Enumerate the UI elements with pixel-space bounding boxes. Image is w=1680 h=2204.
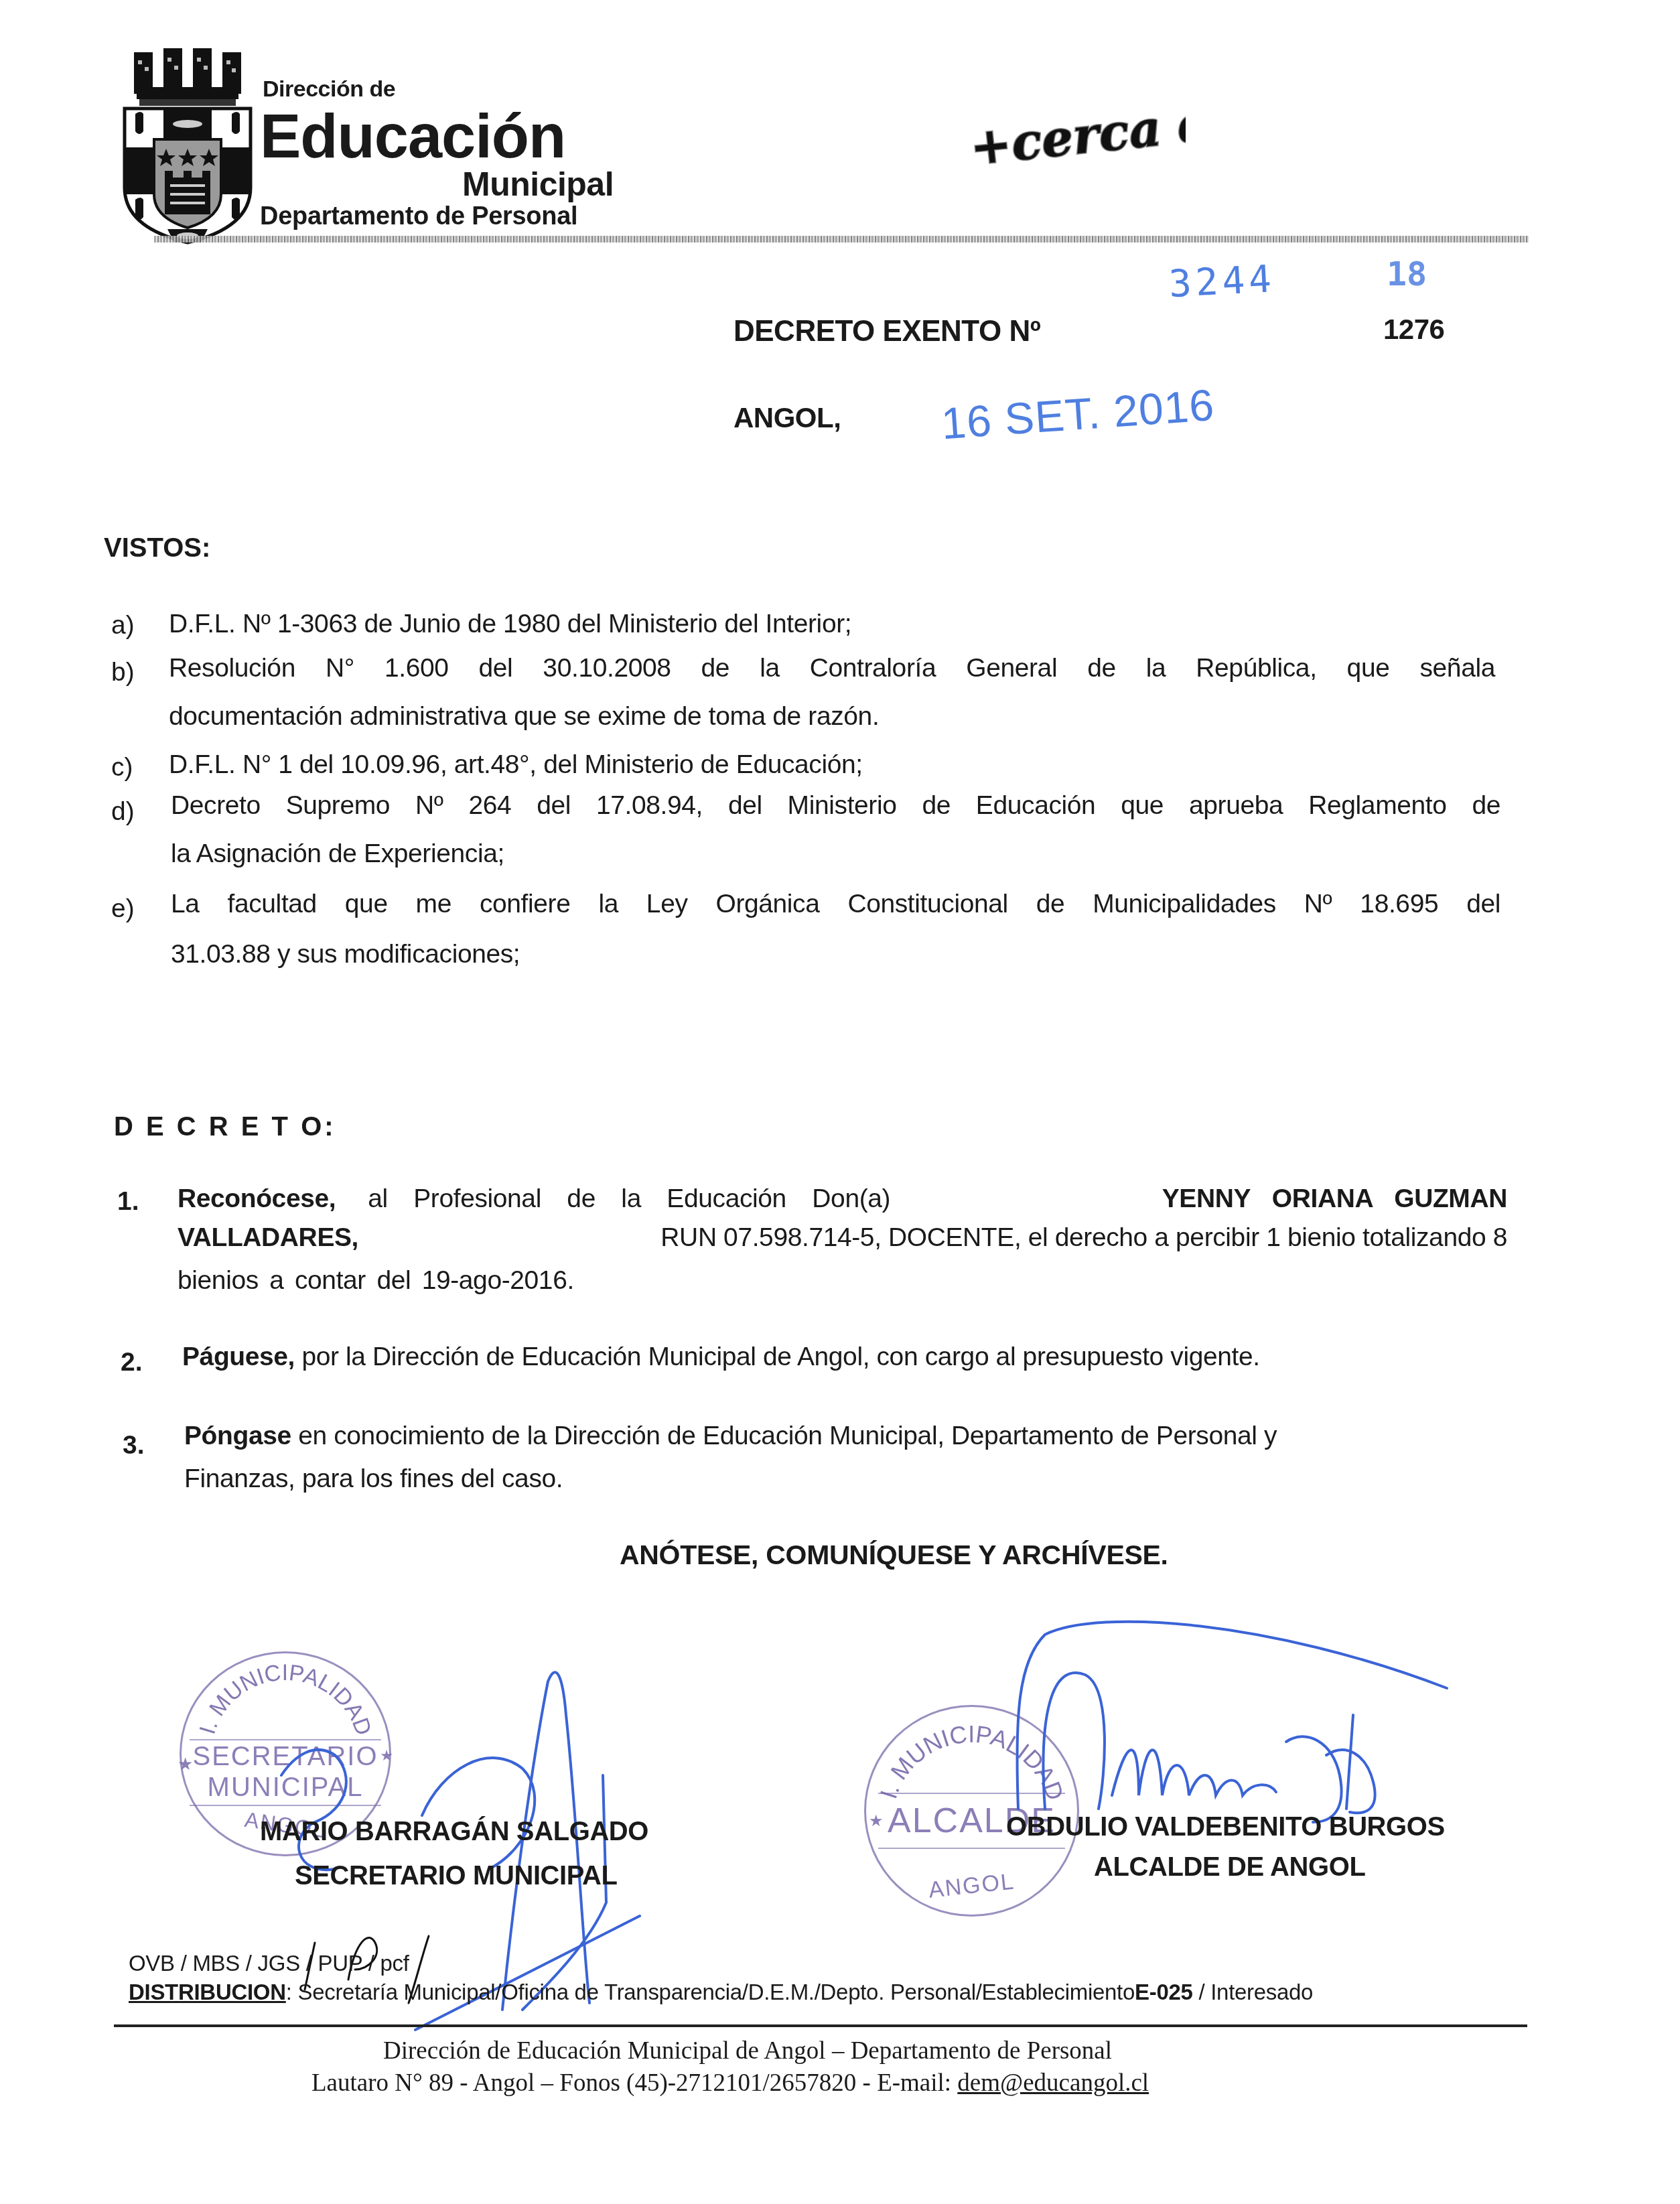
vistos-item-d-cont: la Asignación de Experiencia; <box>171 841 504 867</box>
date-stamp: 16 SET. 2016 <box>940 379 1216 449</box>
establishment-code: E-025 <box>1135 1980 1193 2004</box>
decreto-item-1-lead: Reconócese, <box>178 1186 336 1212</box>
vistos-item-label: a) <box>111 611 135 640</box>
coat-of-arms-icon <box>121 47 255 245</box>
place-label: ANGOL, <box>733 402 841 434</box>
vistos-item-b-cont: documentación administrativa que se exim… <box>169 703 879 730</box>
registry-suffix-stamp: 18 <box>1387 255 1427 293</box>
decreto-item-3: Póngase en conocimiento de la Dirección … <box>184 1423 1277 1449</box>
signatory-2-name: OBDULIO VALDEBENITO BURGOS <box>1006 1812 1445 1842</box>
signatory-1-name: MARIO BARRAGÁN SALGADO <box>260 1817 648 1847</box>
footer-divider <box>114 2024 1527 2027</box>
vistos-item-a: D.F.L. Nº 1-3063 de Junio de 1980 del Mi… <box>169 611 851 637</box>
registry-number-stamp: 3244 <box>1168 257 1276 306</box>
org-name-line3: Municipal <box>462 167 614 201</box>
org-department: Departamento de Personal <box>260 202 577 231</box>
vistos-item-label: e) <box>111 894 135 924</box>
vistos-item-d: Decreto Supremo Nº 264 del 17.08.94, del… <box>171 793 1500 819</box>
footer-org: Dirección de Educación Municipal de Ango… <box>383 2037 1112 2065</box>
svg-text:+cerca de ti: +cerca de ti <box>967 84 1186 177</box>
decreto-heading: D E C R E T O: <box>114 1112 336 1142</box>
decreto-item-1-line3: bienios a contar del 19-ago-2016. <box>178 1267 574 1294</box>
decreto-item-label: 1. <box>117 1187 139 1217</box>
svg-text:I. MUNICIPALIDAD: I. MUNICIPALIDAD <box>874 1720 1069 1804</box>
closing-formula: ANÓTESE, COMUNÍQUESE Y ARCHÍVESE. <box>620 1539 1168 1571</box>
reference-initials: OVB / MBS / JGS / PUP / pcf <box>129 1951 409 1976</box>
seal-alcalde: I. MUNICIPALIDAD ALCALDE ANGOL ★ <box>864 1705 1079 1917</box>
decreto-item-label: 2. <box>121 1348 143 1377</box>
decreto-item-2: Páguese, por la Dirección de Educación M… <box>182 1344 1260 1370</box>
vistos-item-c: D.F.L. N° 1 del 10.09.96, art.48°, del M… <box>169 752 863 778</box>
org-name-line2: Educación <box>260 106 565 167</box>
vistos-item-label: d) <box>111 797 135 827</box>
header-divider <box>154 236 1529 243</box>
decreto-item-1-line2: VALLADARES, RUN 07.598.714-5, DOCENTE, e… <box>178 1225 1507 1251</box>
vistos-item-e-cont: 31.03.88 y sus modificaciones; <box>171 941 520 967</box>
decreto-item-3-cont: Finanzas, para los fines del caso. <box>184 1466 563 1492</box>
decree-label: DECRETO EXENTO Nº <box>733 315 1040 348</box>
vistos-heading: VISTOS: <box>104 533 210 563</box>
distribution-label: DISTRIBUCION <box>129 1980 286 2004</box>
signatory-2-role: ALCALDE DE ANGOL <box>1094 1852 1365 1882</box>
star-icon: ★ <box>178 1754 193 1775</box>
star-icon: ★ <box>380 1747 393 1765</box>
footer-email-link[interactable]: dem@educangol.cl <box>957 2069 1149 2097</box>
vistos-item-b: Resolución N° 1.600 del 30.10.2008 de la… <box>169 655 1495 681</box>
svg-text:I. MUNICIPALIDAD: I. MUNICIPALIDAD <box>195 1660 376 1739</box>
star-icon: ★ <box>869 1811 884 1831</box>
decreto-item-1-line1: Reconócese, al Profesional de la Educaci… <box>178 1186 1507 1212</box>
beneficiary-name-part2: VALLADARES, <box>178 1225 358 1251</box>
signatory-1-role: SECRETARIO MUNICIPAL <box>295 1861 618 1891</box>
org-name-line1: Dirección de <box>263 76 395 102</box>
beneficiary-details: RUN 07.598.714-5, DOCENTE, el derecho a … <box>439 1225 1507 1251</box>
vistos-item-label: b) <box>111 658 135 687</box>
decree-number: 1276 <box>1383 314 1444 346</box>
slogan-logo: +cerca de ti <box>965 67 1186 181</box>
vistos-item-e: La facultad que me confiere la Ley Orgán… <box>171 891 1500 917</box>
distribution-line: DISTRIBUCION: Secretaría Municipal/Ofici… <box>129 1980 1313 2005</box>
footer-contact: Lautaro N° 89 - Angol – Fonos (45)-27121… <box>311 2069 1149 2097</box>
vistos-item-label: c) <box>111 753 133 782</box>
decreto-item-label: 3. <box>123 1431 145 1460</box>
beneficiary-name-part1: YENNY ORIANA GUZMAN <box>1162 1186 1507 1212</box>
